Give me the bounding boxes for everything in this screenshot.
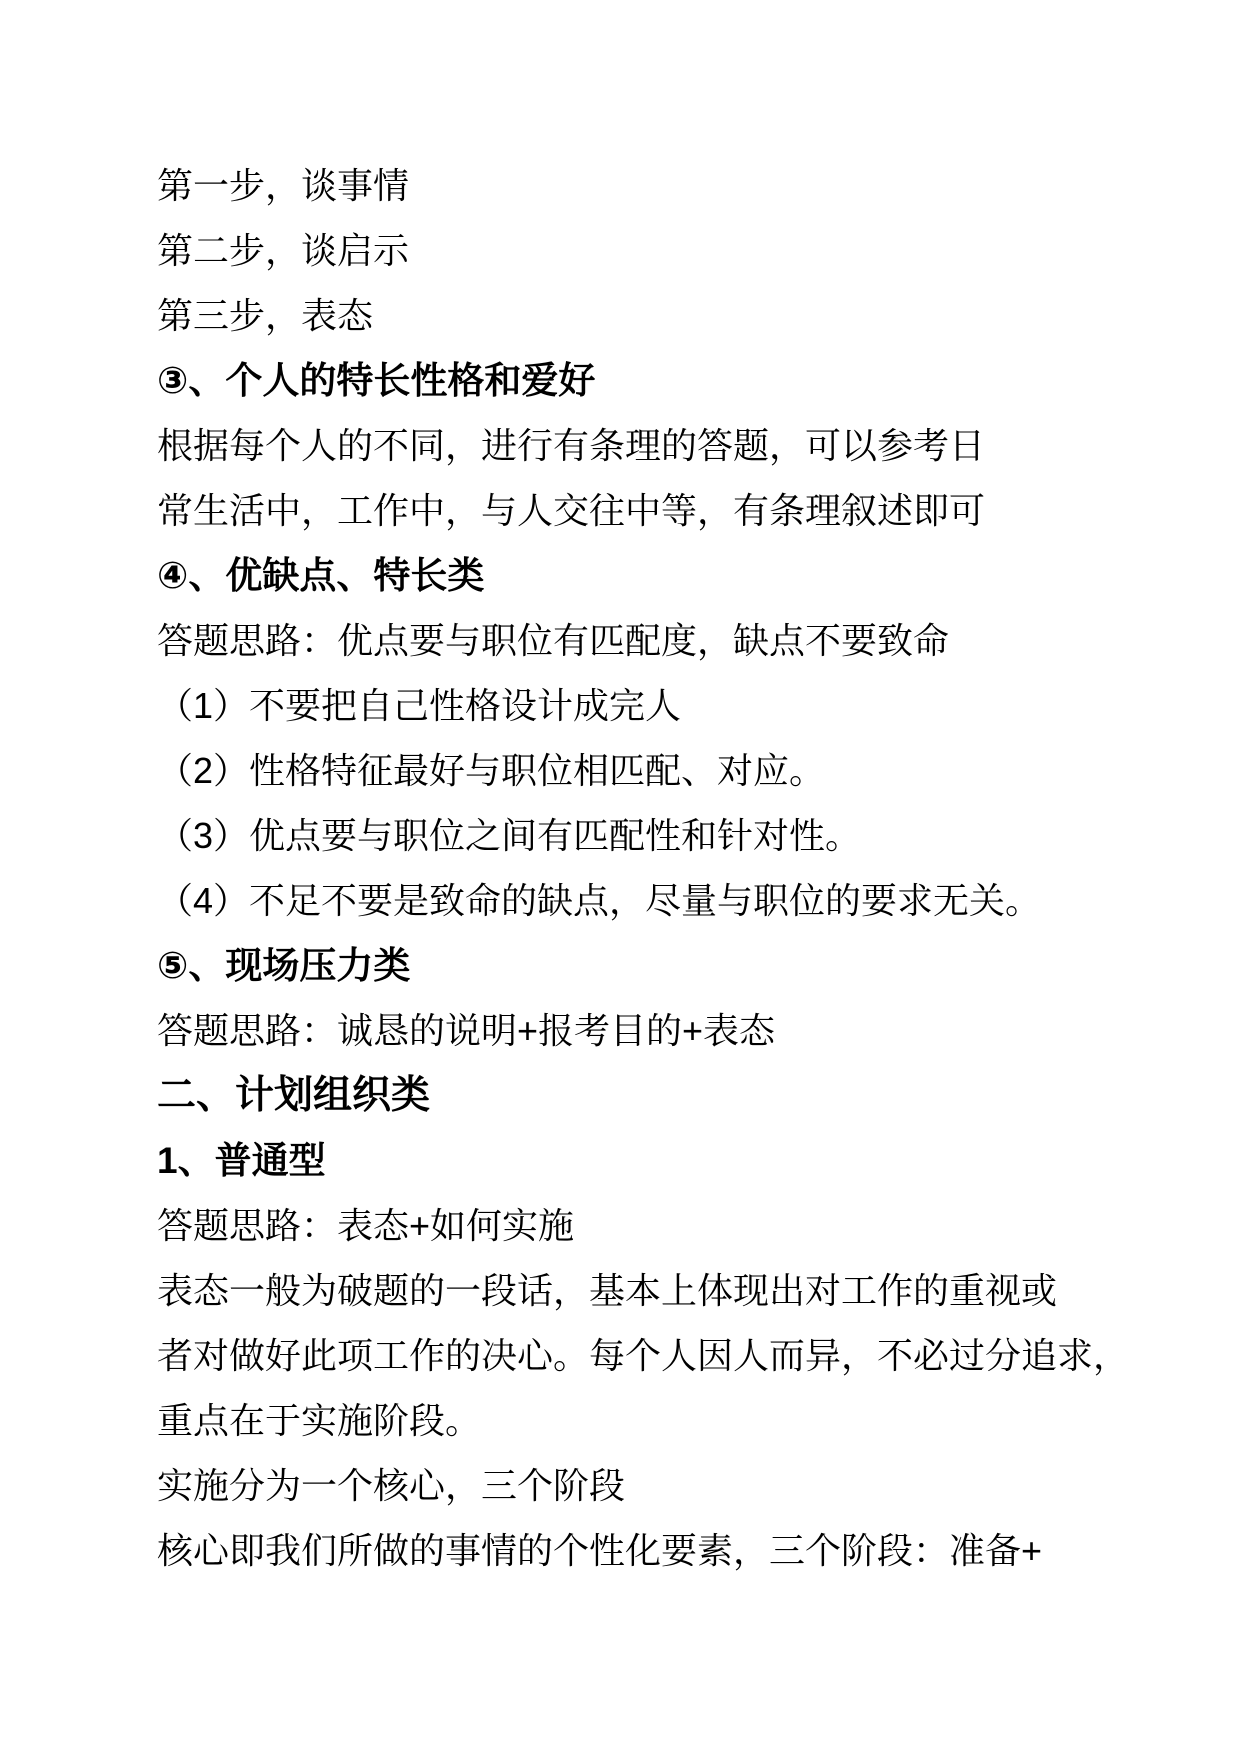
text-line: 二、计划组织类 — [157, 1063, 1101, 1128]
document-body: 第一步，谈事情第二步，谈启示第三步，表态③、个人的特长性格和爱好根据每个人的不同… — [157, 153, 1101, 1583]
text-line: （1）不要把自己性格设计成完人 — [157, 673, 1101, 738]
text-line: 重点在于实施阶段。 — [157, 1388, 1101, 1453]
text-line: 答题思路：优点要与职位有匹配度，缺点不要致命 — [157, 608, 1101, 673]
text-line: 核心即我们所做的事情的个性化要素，三个阶段：准备+ — [157, 1518, 1101, 1583]
text-line: 实施分为一个核心，三个阶段 — [157, 1453, 1101, 1518]
text-line: （2）性格特征最好与职位相匹配、对应。 — [157, 738, 1101, 803]
text-line: 第二步，谈启示 — [157, 218, 1101, 283]
text-line: 答题思路：表态+如何实施 — [157, 1193, 1101, 1258]
text-line: ⑤、现场压力类 — [157, 933, 1101, 998]
text-line: （4）不足不要是致命的缺点，尽量与职位的要求无关。 — [157, 868, 1101, 933]
text-line: 第三步，表态 — [157, 283, 1101, 348]
text-line: 答题思路：诚恳的说明+报考目的+表态 — [157, 998, 1101, 1063]
text-line: （3）优点要与职位之间有匹配性和针对性。 — [157, 803, 1101, 868]
text-line: 者对做好此项工作的决心。每个人因人而异，不必过分追求， — [157, 1323, 1101, 1388]
text-line: 1、普通型 — [157, 1128, 1101, 1193]
text-line: 根据每个人的不同，进行有条理的答题，可以参考日 — [157, 413, 1101, 478]
text-line: 第一步，谈事情 — [157, 153, 1101, 218]
document-page: 第一步，谈事情第二步，谈启示第三步，表态③、个人的特长性格和爱好根据每个人的不同… — [0, 0, 1241, 1754]
text-line: ③、个人的特长性格和爱好 — [157, 348, 1101, 413]
text-line: ④、优缺点、特长类 — [157, 543, 1101, 608]
text-line: 常生活中，工作中，与人交往中等，有条理叙述即可 — [157, 478, 1101, 543]
text-line: 表态一般为破题的一段话，基本上体现出对工作的重视或 — [157, 1258, 1101, 1323]
